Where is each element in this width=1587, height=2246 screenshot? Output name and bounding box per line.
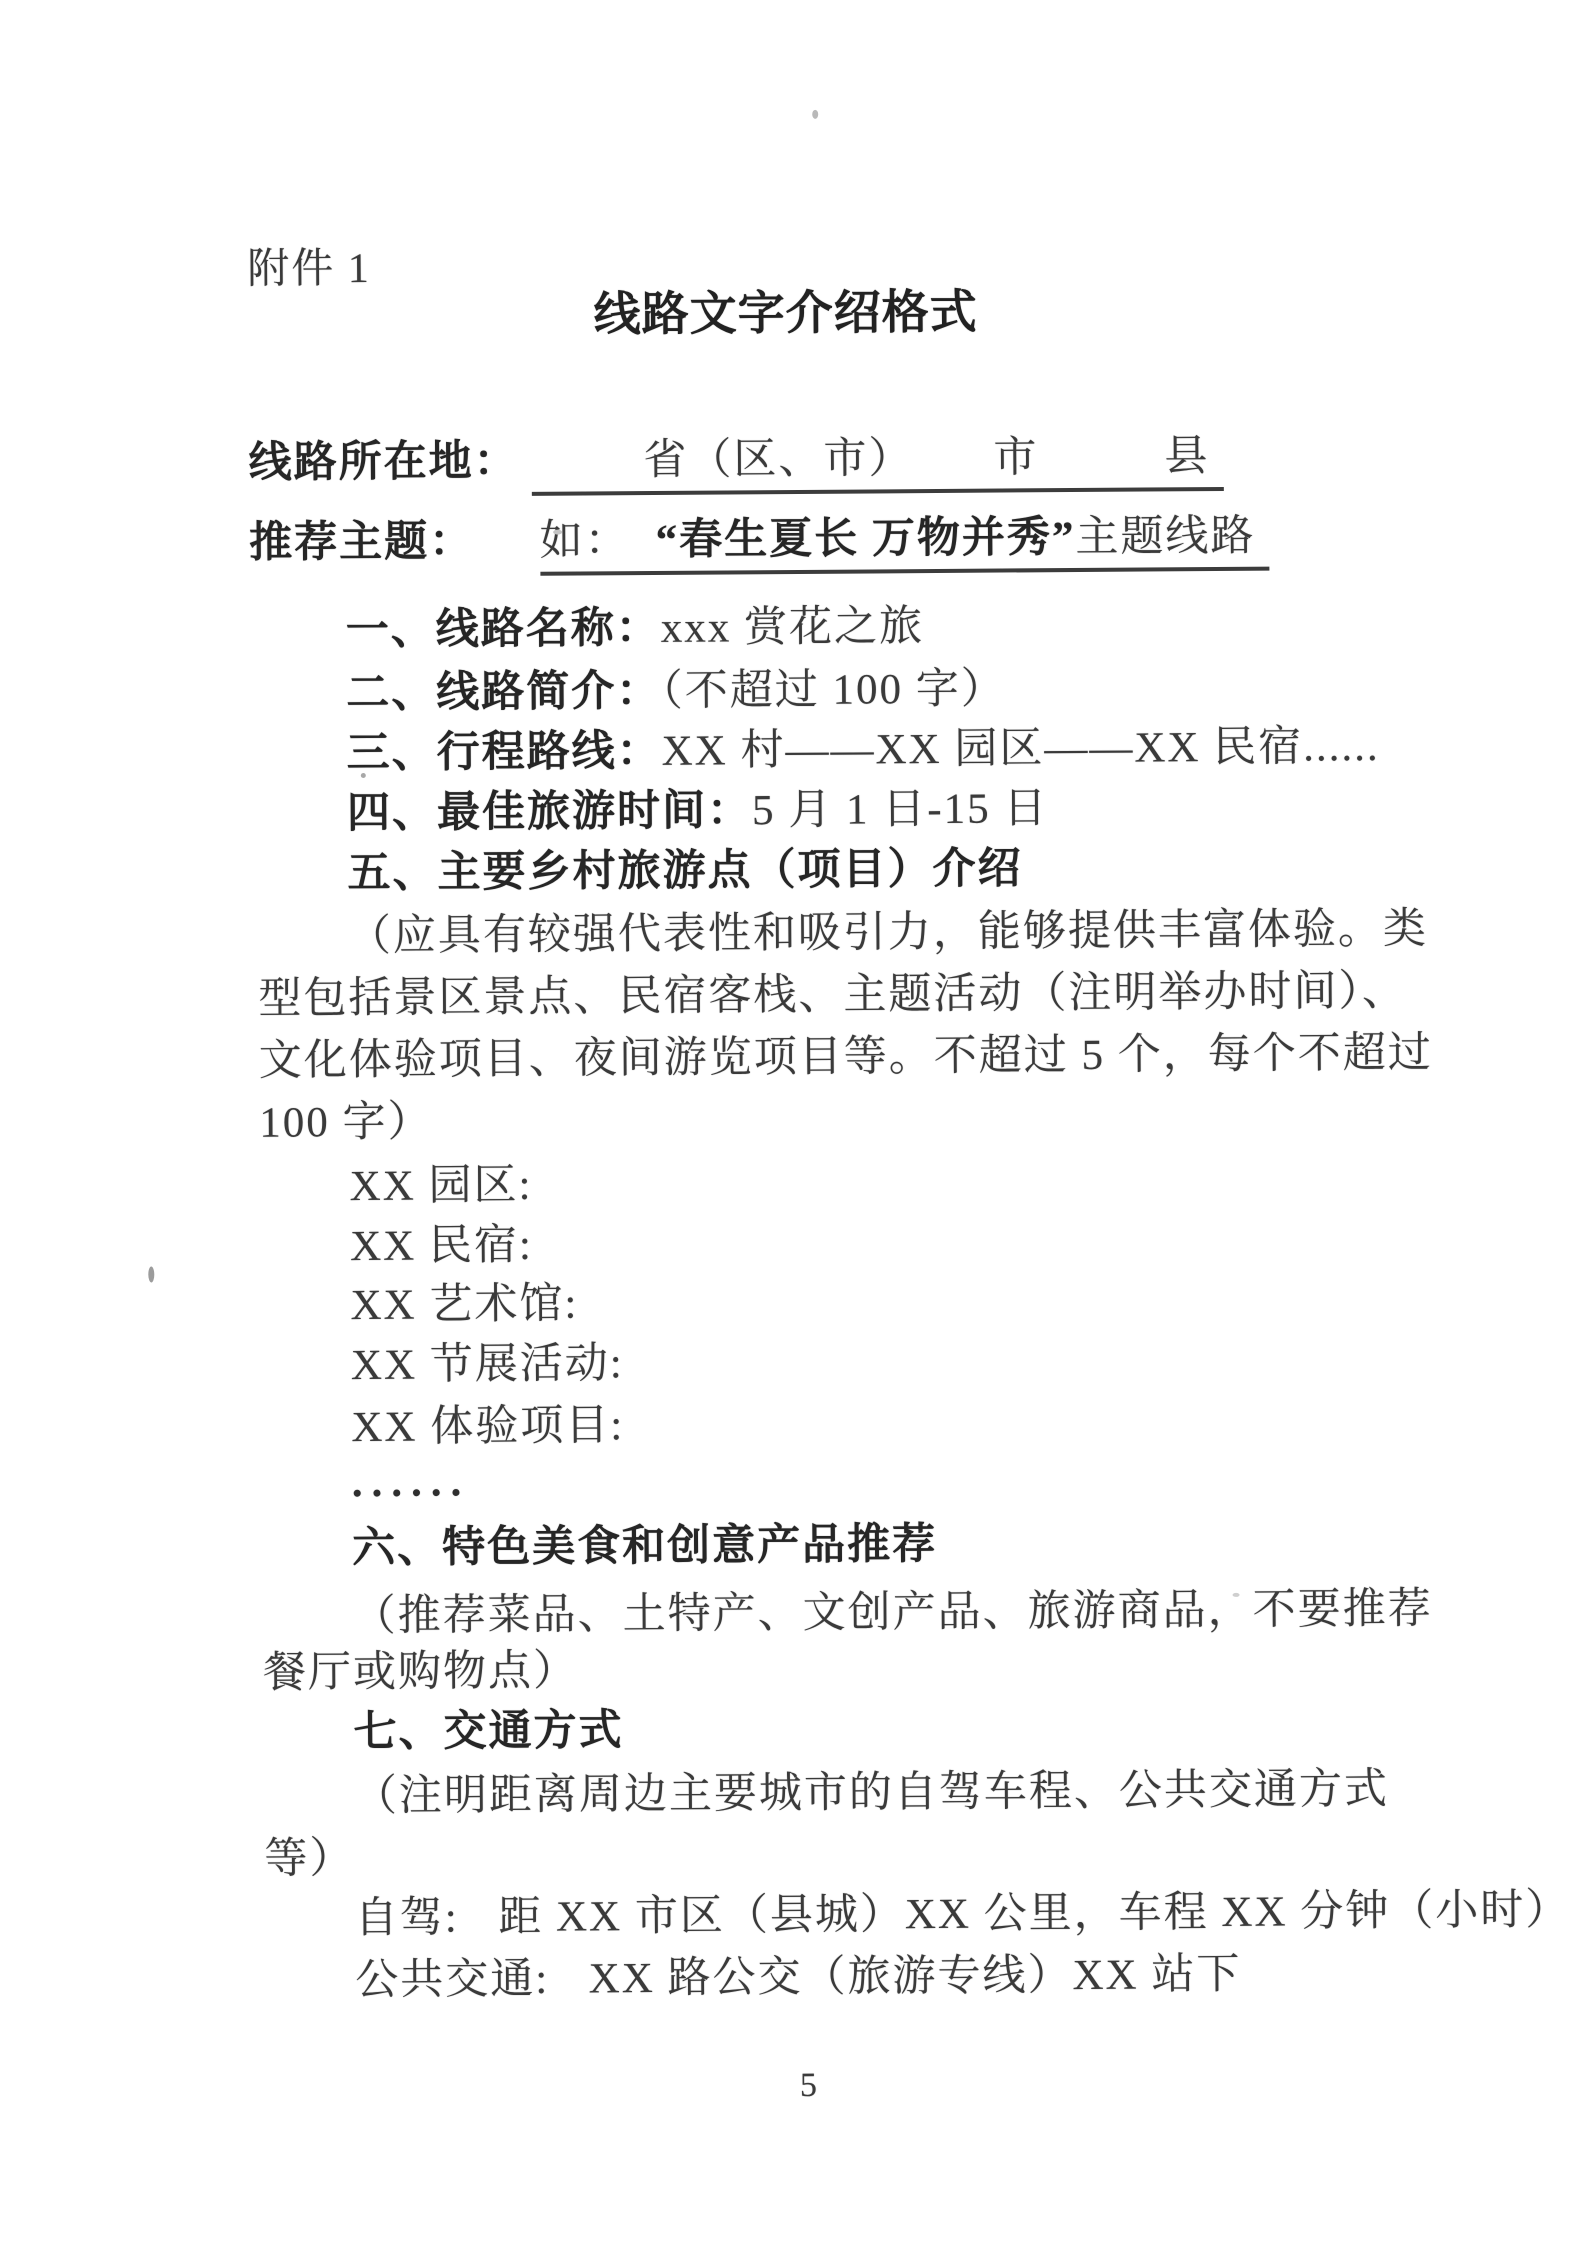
numbered-item-4: 四、最佳旅游时间：5 月 1 日-15 日	[347, 781, 1049, 842]
field-route-location: 线路所在地： 省（区、市） 市 县	[248, 429, 1223, 498]
field-recommended-theme: 推荐主题： 如： “春生夏长 万物并秀” 主题线路	[249, 509, 1270, 578]
blank-space	[487, 554, 527, 555]
transport-label: 公共交通:	[355, 1956, 549, 2004]
route-location-label: 线路所在地：	[248, 438, 518, 487]
item-value: XX 村——XX 园区——XX 民宿......	[661, 723, 1379, 775]
numbered-item-5: 五、主要乡村旅游点（项目）介绍	[347, 841, 1022, 902]
spot-item-homestay: XX 民宿:	[350, 1218, 533, 1275]
section7-heading: 七、交通方式	[353, 1703, 623, 1761]
item-value: 5 月 1 日-15 日	[752, 785, 1049, 834]
theme-prefix: 如：	[539, 513, 629, 570]
section7-note-line-1: （注明距离周边主要城市的自驾车程、公共交通方式	[354, 1762, 1389, 1825]
numbered-item-1: 一、线路名称：xxx 赏花之旅	[346, 599, 925, 659]
recommended-theme-value: 如： “春生夏长 万物并秀” 主题线路	[539, 509, 1269, 576]
item-label: 五、主要乡村旅游点（项目）介绍	[347, 845, 1022, 897]
scan-speck	[361, 773, 366, 778]
spot-item-festival: XX 节展活动:	[351, 1336, 624, 1394]
attachment-label: 附件 1	[247, 241, 371, 298]
ellipsis-line: ......	[352, 1454, 471, 1511]
blank-space	[630, 553, 656, 554]
item-label: 二、线路简介：	[346, 668, 661, 717]
transport-value: XX 路公交（旅游专线）XX 站下	[589, 1951, 1242, 2003]
numbered-item-3: 三、行程路线：XX 村——XX 园区——XX 民宿......	[346, 719, 1379, 782]
blank-space	[1038, 469, 1164, 471]
theme-suffix: 主题线路	[1075, 509, 1255, 566]
item-label: 四、最佳旅游时间：	[347, 787, 752, 837]
scan-speck	[1233, 1593, 1240, 1597]
section7-note-line-2: 等）	[264, 1831, 354, 1888]
section5-note-line-3: 文化体验项目、夜间游览项目等。不超过 5 个，每个不超过	[259, 1026, 1433, 1090]
transport-drive-line: 自驾: 距 XX 市区（县城）XX 公里，车程 XX 分钟（小时）	[355, 1883, 1571, 1947]
blank-space	[531, 473, 643, 475]
blank-space	[1256, 549, 1270, 550]
blank-space	[1209, 469, 1223, 470]
item-value: xxx 赏花之旅	[661, 603, 925, 652]
scan-speck	[148, 1266, 154, 1282]
section6-note-line-2: 餐厅或购物点）	[263, 1644, 578, 1702]
page-title: 线路文字介绍格式	[593, 285, 977, 344]
section6-heading: 六、特色美食和创意产品推荐	[352, 1517, 937, 1577]
section6-note-line-1: （推荐菜品、土特产、文创产品、旅游商品，不要推荐	[352, 1582, 1432, 1646]
scanned-document-page: 附件 1 线路文字介绍格式 线路所在地： 省（区、市） 市 县 推荐主题： 如：	[0, 0, 1587, 2246]
blank-segment-county: 县	[1164, 429, 1209, 485]
blank-segment-city: 市	[993, 430, 1038, 486]
route-location-blank: 省（区、市） 市 县	[531, 429, 1223, 496]
item-label: 三、行程路线：	[347, 728, 662, 777]
scan-speck	[553, 530, 562, 535]
scan-speck	[812, 110, 818, 119]
spot-item-experience: XX 体验项目:	[351, 1398, 624, 1456]
recommended-theme-label: 推荐主题：	[249, 518, 474, 567]
item-value: （不超过 100 字）	[661, 666, 1006, 715]
blank-space	[913, 471, 993, 473]
transport-label: 自驾:	[355, 1894, 459, 1942]
section5-note-line-1: （应具有较强代表性和吸引力，能够提供丰富体验。类	[348, 902, 1428, 966]
theme-quoted-text: “春生夏长 万物并秀”	[655, 510, 1075, 569]
transport-value: 距 XX 市区（县城）XX 公里，车程 XX 分钟（小时）	[498, 1887, 1570, 1941]
item-label: 一、线路名称：	[346, 605, 661, 654]
page-content: 附件 1 线路文字介绍格式 线路所在地： 省（区、市） 市 县 推荐主题： 如：	[0, 0, 1587, 2246]
spot-item-gallery: XX 艺术馆:	[350, 1277, 578, 1335]
transport-public-line: 公共交通: XX 路公交（旅游专线）XX 站下	[355, 1947, 1242, 2009]
section5-note-line-4: 100 字）	[259, 1095, 433, 1152]
page-number: 5	[800, 2058, 817, 2114]
numbered-item-2: 二、线路简介：（不超过 100 字）	[346, 662, 1006, 723]
section5-note-line-2: 型包括景区景点、民宿客栈、主题活动（注明举办时间）、	[258, 964, 1407, 1028]
spot-item-park: XX 园区:	[349, 1158, 532, 1215]
blank-segment-province: 省（区、市）	[643, 431, 913, 489]
